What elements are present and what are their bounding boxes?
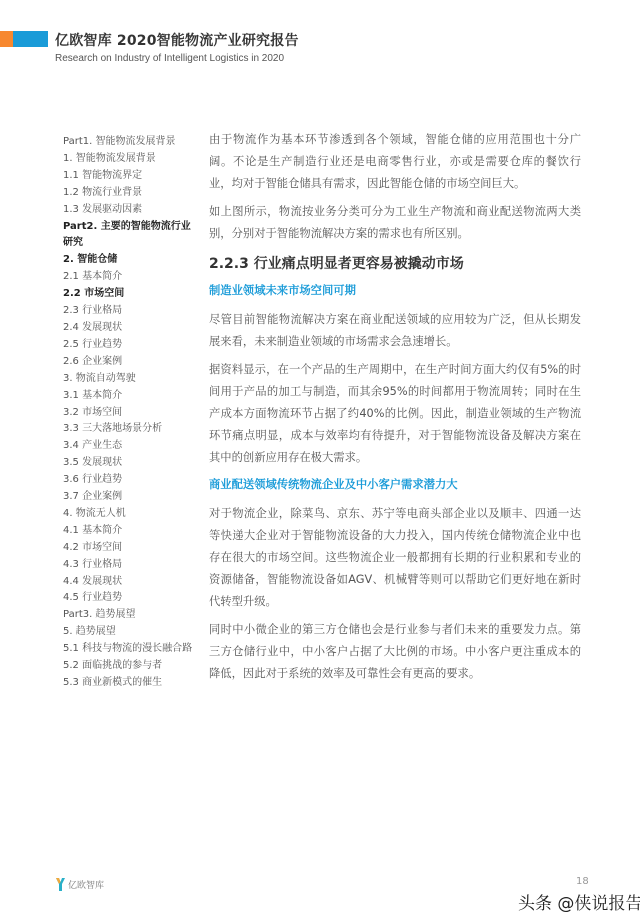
toc-item[interactable]: 1.3 发展驱动因素 <box>63 202 193 219</box>
toc-item[interactable]: 4.4 发展现状 <box>63 574 193 591</box>
toc-item[interactable]: 2.6 企业案例 <box>63 354 193 371</box>
toc-item[interactable]: 5.2 面临挑战的参与者 <box>63 658 193 675</box>
footer-logo-text: 亿欧智库 <box>68 878 104 891</box>
toc-item[interactable]: 3.2 市场空间 <box>63 405 193 422</box>
section-heading: 2.2.3 行业痛点明显者更容易被撬动市场 <box>209 253 581 275</box>
toc-item[interactable]: 1.1 智能物流界定 <box>63 168 193 185</box>
toc-item[interactable]: 2.3 行业格局 <box>63 303 193 320</box>
toc-item[interactable]: 4. 物流无人机 <box>63 506 193 523</box>
accent-blue-block <box>13 31 48 47</box>
paragraph: 由于物流作为基本环节渗透到各个领域，智能仓储的应用范围也十分广阔。不论是生产制造… <box>209 129 581 195</box>
yiou-logo-icon <box>56 878 65 891</box>
toc-item[interactable]: 5.1 科技与物流的漫长融合路 <box>63 641 193 658</box>
toc-item[interactable]: 4.1 基本简介 <box>63 523 193 540</box>
toc-item[interactable]: 5. 趋势展望 <box>63 624 193 641</box>
toc-item[interactable]: 1. 智能物流发展背景 <box>63 151 193 168</box>
toc-item[interactable]: 3.3 三大落地场景分析 <box>63 421 193 438</box>
paragraph: 据资料显示，在一个产品的生产周期中，在生产时间方面大约仅有5%的时间用于产品的加… <box>209 359 581 469</box>
toc-item[interactable]: 2.5 行业趋势 <box>63 337 193 354</box>
subsection-heading: 制造业领域未来市场空间可期 <box>209 281 581 301</box>
main-content: 由于物流作为基本环节渗透到各个领域，智能仓储的应用范围也十分广阔。不论是生产制造… <box>209 129 581 691</box>
subsection-heading: 商业配送领域传统物流企业及中小客户需求潜力大 <box>209 475 581 495</box>
toc-item[interactable]: 2.1 基本简介 <box>63 269 193 286</box>
toc-item-active-chapter[interactable]: 2. 智能仓储 <box>63 252 193 269</box>
watermark: 头条 @侠说报告 <box>518 889 640 914</box>
report-title: 亿欧智库 2020智能物流产业研究报告 <box>55 30 299 50</box>
toc-item[interactable]: 3.4 产业生态 <box>63 438 193 455</box>
toc-item[interactable]: 4.3 行业格局 <box>63 557 193 574</box>
paragraph: 同时中小微企业的第三方仓储也会是行业参与者们未来的重要发力点。第三方仓储行业中，… <box>209 619 581 685</box>
toc-item[interactable]: 4.5 行业趋势 <box>63 590 193 607</box>
toc-item[interactable]: 3.1 基本简介 <box>63 388 193 405</box>
toc-item[interactable]: 2.4 发展现状 <box>63 320 193 337</box>
page-number: 18 <box>576 876 589 887</box>
paragraph: 如上图所示，物流按业务分类可分为工业生产物流和商业配送物流两大类别，分别对于智能… <box>209 201 581 245</box>
accent-orange-block <box>0 31 13 47</box>
toc-item[interactable]: Part1. 智能物流发展背景 <box>63 134 193 151</box>
toc-item[interactable]: 4.2 市场空间 <box>63 540 193 557</box>
toc-item[interactable]: 3.5 发展现状 <box>63 455 193 472</box>
toc-item-active-part[interactable]: Part2. 主要的智能物流行业研究 <box>63 219 193 253</box>
footer-logo: 亿欧智库 <box>56 877 104 891</box>
toc-item[interactable]: 1.2 物流行业背景 <box>63 185 193 202</box>
toc-item[interactable]: 3.6 行业趋势 <box>63 472 193 489</box>
paragraph: 对于物流企业，除菜鸟、京东、苏宁等电商头部企业以及顺丰、四通一达等快递大企业对于… <box>209 503 581 613</box>
toc-item[interactable]: 5.3 商业新模式的催生 <box>63 675 193 692</box>
paragraph: 尽管目前智能物流解决方案在商业配送领域的应用较为广泛，但从长期发展来看，未来制造… <box>209 309 581 353</box>
toc-item[interactable]: 3. 物流自动驾驶 <box>63 371 193 388</box>
report-subtitle: Research on Industry of Intelligent Logi… <box>55 53 284 64</box>
toc-item-active-section[interactable]: 2.2 市场空间 <box>63 286 193 303</box>
toc-item[interactable]: 3.7 企业案例 <box>63 489 193 506</box>
toc-item[interactable]: Part3. 趋势展望 <box>63 607 193 624</box>
table-of-contents: Part1. 智能物流发展背景 1. 智能物流发展背景 1.1 智能物流界定 1… <box>63 134 193 692</box>
